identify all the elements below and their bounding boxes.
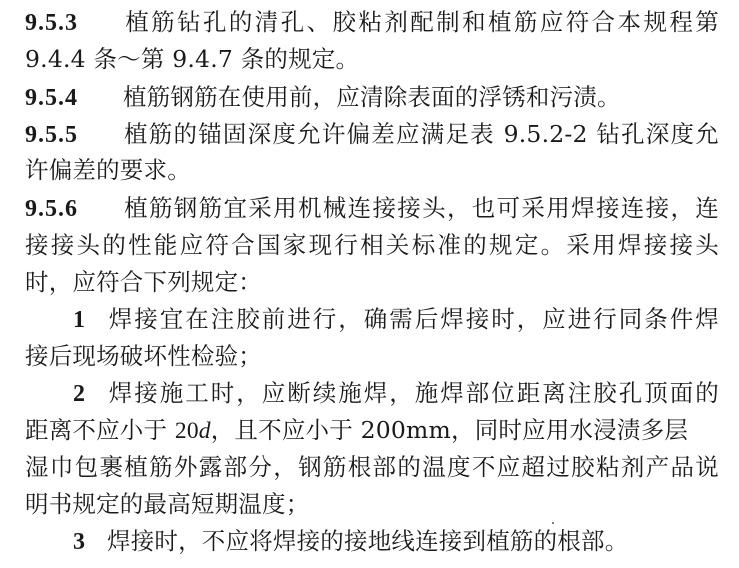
item-text: 焊接施工时，应断续施焊，施焊部位距离注胶孔顶面的 bbox=[107, 379, 719, 407]
clause-9-5-6-line-2: 接接头的性能应符合国家现行相关标准的规定。采用焊接接头 bbox=[25, 227, 719, 264]
clause-number: 9.5.5 bbox=[25, 117, 123, 154]
clause-text: 许偏差的要求。 bbox=[25, 156, 191, 184]
item-2-line-1: 2焊接施工时，应断续施焊，施焊部位距离注胶孔顶面的 bbox=[25, 375, 719, 412]
scan-speck bbox=[552, 522, 554, 524]
item-text: 焊接宜在注胶前进行，确需后焊接时，应进行同条件焊 bbox=[107, 305, 719, 333]
item-number: 1 bbox=[73, 302, 107, 339]
clause-9-5-3-line-2: 9.4.4 条～第 9.4.7 条的规定。 bbox=[25, 41, 719, 78]
clause-text: 植筋的锚固深度允许偏差应满足表 9.5.2-2 钻孔深度允 bbox=[123, 120, 719, 148]
item-text: 明书规定的最高短期温度； bbox=[25, 490, 309, 518]
clause-text: 接接头的性能应符合国家现行相关标准的规定。采用焊接接头 bbox=[25, 231, 719, 259]
document-page: 9.5.3植筋钻孔的清孔、胶粘剂配制和植筋应符合本规程第 9.4.4 条～第 9… bbox=[0, 0, 739, 568]
item-3-line-1: 3焊接时，不应将焊接的接地线连接到植筋的根部。 bbox=[25, 523, 719, 560]
item-text: ，且不应小于 200mm，同时应用水浸渍多层 bbox=[211, 416, 688, 444]
distance-value: 20 bbox=[175, 418, 199, 444]
item-text: 湿巾包裹植筋外露部分，钢筋根部的温度不应超过胶粘剂产品说 bbox=[25, 453, 719, 481]
item-text: 接后现场破坏性检验； bbox=[25, 342, 262, 370]
item-2-line-3: 湿巾包裹植筋外露部分，钢筋根部的温度不应超过胶粘剂产品说 bbox=[25, 449, 719, 486]
item-number: 3 bbox=[73, 524, 107, 561]
clause-number: 9.5.6 bbox=[25, 191, 123, 228]
clause-text: 9.4.4 条～第 9.4.7 条的规定。 bbox=[25, 45, 359, 73]
item-1-line-2: 接后现场破坏性检验； bbox=[25, 338, 719, 375]
item-number: 2 bbox=[73, 376, 107, 413]
item-text: 距离不应小于 bbox=[25, 416, 175, 444]
clause-9-5-6-line-3: 时，应符合下列规定： bbox=[25, 264, 719, 301]
diameter-symbol: d bbox=[199, 418, 211, 444]
clause-9-5-6-line-1: 9.5.6植筋钢筋宜采用机械连接接头，也可采用焊接连接，连 bbox=[25, 190, 719, 227]
clause-number: 9.5.4 bbox=[25, 80, 123, 117]
clause-number: 9.5.3 bbox=[25, 5, 123, 42]
clause-text: 植筋钢筋在使用前，应清除表面的浮锈和污渍。 bbox=[123, 83, 621, 111]
clause-text: 植筋钻孔的清孔、胶粘剂配制和植筋应符合本规程第 bbox=[123, 8, 719, 36]
item-2-line-2: 距离不应小于 20d，且不应小于 200mm，同时应用水浸渍多层 bbox=[25, 412, 719, 449]
item-text: 焊接时，不应将焊接的接地线连接到植筋的根部。 bbox=[107, 527, 628, 555]
item-2-line-4: 明书规定的最高短期温度； bbox=[25, 486, 719, 523]
item-1-line-1: 1焊接宜在注胶前进行，确需后焊接时，应进行同条件焊 bbox=[25, 301, 719, 338]
clause-9-5-5-line-1: 9.5.5植筋的锚固深度允许偏差应满足表 9.5.2-2 钻孔深度允 bbox=[25, 116, 719, 153]
clause-text: 植筋钢筋宜采用机械连接接头，也可采用焊接连接，连 bbox=[123, 194, 719, 222]
clause-9-5-4-line-1: 9.5.4植筋钢筋在使用前，应清除表面的浮锈和污渍。 bbox=[25, 79, 719, 116]
clause-9-5-3-line-1: 9.5.3植筋钻孔的清孔、胶粘剂配制和植筋应符合本规程第 bbox=[25, 4, 719, 41]
clause-text: 时，应符合下列规定： bbox=[25, 268, 262, 296]
clause-9-5-5-line-2: 许偏差的要求。 bbox=[25, 152, 719, 189]
